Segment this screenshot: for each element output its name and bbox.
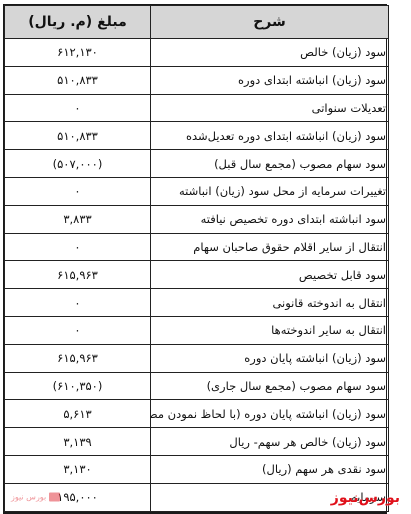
row-amount-value: ۱۹۵,۰۰۰: [57, 490, 98, 504]
row-description: تعدیلات سنواتی: [151, 94, 389, 122]
table-row: سود (زیان) خالص ۶۱۲,۱۳۰: [5, 39, 389, 67]
row-description: سود سهام مصوب (مجمع سال قبل): [151, 150, 389, 178]
table-row: سود سهام مصوب (مجمع سال جاری) (۶۱۰,۳۵۰): [5, 372, 389, 400]
table-row: سود انباشته ابتدای دوره تخصیص نیافته ۳,۸…: [5, 205, 389, 233]
row-amount: (۶۱۰,۳۵۰): [5, 372, 151, 400]
row-description: سود (زیان) خالص: [151, 39, 389, 67]
row-description: سود نقدی هر سهم (ریال): [151, 455, 389, 483]
header-amount: مبلغ (م. ریال): [5, 6, 151, 39]
table-row: تعدیلات سنواتی ۰: [5, 94, 389, 122]
table-row: سود (زیان) انباشته پایان دوره ۶۱۵,۹۶۳: [5, 344, 389, 372]
brand-watermark: بورس‌نیوز: [331, 490, 400, 506]
row-amount: ۰: [5, 289, 151, 317]
row-description: سود (زیان) خالص هر سهم- ریال: [151, 428, 389, 456]
row-amount: (۵۰۷,۰۰۰): [5, 150, 151, 178]
row-amount: ۵۱۰,۸۳۳: [5, 66, 151, 94]
row-description: انتقال به اندوخته قانونی: [151, 289, 389, 317]
table-row: انتقال به اندوخته قانونی ۰: [5, 289, 389, 317]
table-row: انتقال از سایر اقلام حقوق صاحبان سهام ۰: [5, 233, 389, 261]
row-description: سود قابل تخصیص: [151, 261, 389, 289]
table-row: سود سهام مصوب (مجمع سال قبل) (۵۰۷,۰۰۰): [5, 150, 389, 178]
row-amount: ۰: [5, 233, 151, 261]
row-description: سود سهام مصوب (مجمع سال جاری): [151, 372, 389, 400]
table-row: سود (زیان) خالص هر سهم- ریال ۳,۱۳۹: [5, 428, 389, 456]
row-description: سود انباشته ابتدای دوره تخصیص نیافته: [151, 205, 389, 233]
table-header-row: شرح مبلغ (م. ریال): [5, 6, 389, 39]
table-row: تغییرات سرمایه از محل سود (زیان) انباشته…: [5, 177, 389, 205]
table-row: سود (زیان) انباشته ابتدای دوره ۵۱۰,۸۳۳: [5, 66, 389, 94]
row-amount: ۵,۶۱۳: [5, 400, 151, 428]
table-row: سود (زیان) انباشته پایان دوره (با لحاظ ن…: [5, 400, 389, 428]
brand-watermark-small: بورس نیوز: [11, 493, 60, 502]
row-amount: ۶۱۵,۹۶۳: [5, 344, 151, 372]
retained-earnings-table-container: شرح مبلغ (م. ریال) سود (زیان) خالص ۶۱۲,۱…: [3, 4, 387, 514]
row-description: انتقال به سایر اندوخته‌ها: [151, 316, 389, 344]
row-amount: ۶۱۵,۹۶۳: [5, 261, 151, 289]
row-amount: ۱۹۵,۰۰۰ بورس نیوز: [5, 483, 151, 511]
row-amount: ۶۱۲,۱۳۰: [5, 39, 151, 67]
row-description: سود (زیان) انباشته پایان دوره: [151, 344, 389, 372]
retained-earnings-table: شرح مبلغ (م. ریال) سود (زیان) خالص ۶۱۲,۱…: [4, 5, 389, 512]
row-amount: ۰: [5, 316, 151, 344]
row-description: تغییرات سرمایه از محل سود (زیان) انباشته: [151, 177, 389, 205]
brand-watermark-small-text: بورس نیوز: [11, 493, 46, 502]
brand-logo-icon: [49, 493, 60, 502]
row-description: سود (زیان) انباشته ابتدای دوره تعدیل‌شده: [151, 122, 389, 150]
row-description: سود (زیان) انباشته پایان دوره (با لحاظ ن…: [151, 400, 389, 428]
table-row: سود نقدی هر سهم (ریال) ۳,۱۳۰: [5, 455, 389, 483]
table-row: سود (زیان) انباشته ابتدای دوره تعدیل‌شده…: [5, 122, 389, 150]
header-description: شرح: [151, 6, 389, 39]
table-row: سود قابل تخصیص ۶۱۵,۹۶۳: [5, 261, 389, 289]
row-description: سود (زیان) انباشته ابتدای دوره: [151, 66, 389, 94]
row-amount: ۵۱۰,۸۳۳: [5, 122, 151, 150]
row-amount: ۰: [5, 94, 151, 122]
row-description: انتقال از سایر اقلام حقوق صاحبان سهام: [151, 233, 389, 261]
row-amount: ۳,۸۳۳: [5, 205, 151, 233]
row-amount: ۳,۱۳۹: [5, 428, 151, 456]
row-amount: ۳,۱۳۰: [5, 455, 151, 483]
table-row: انتقال به سایر اندوخته‌ها ۰: [5, 316, 389, 344]
row-amount: ۰: [5, 177, 151, 205]
